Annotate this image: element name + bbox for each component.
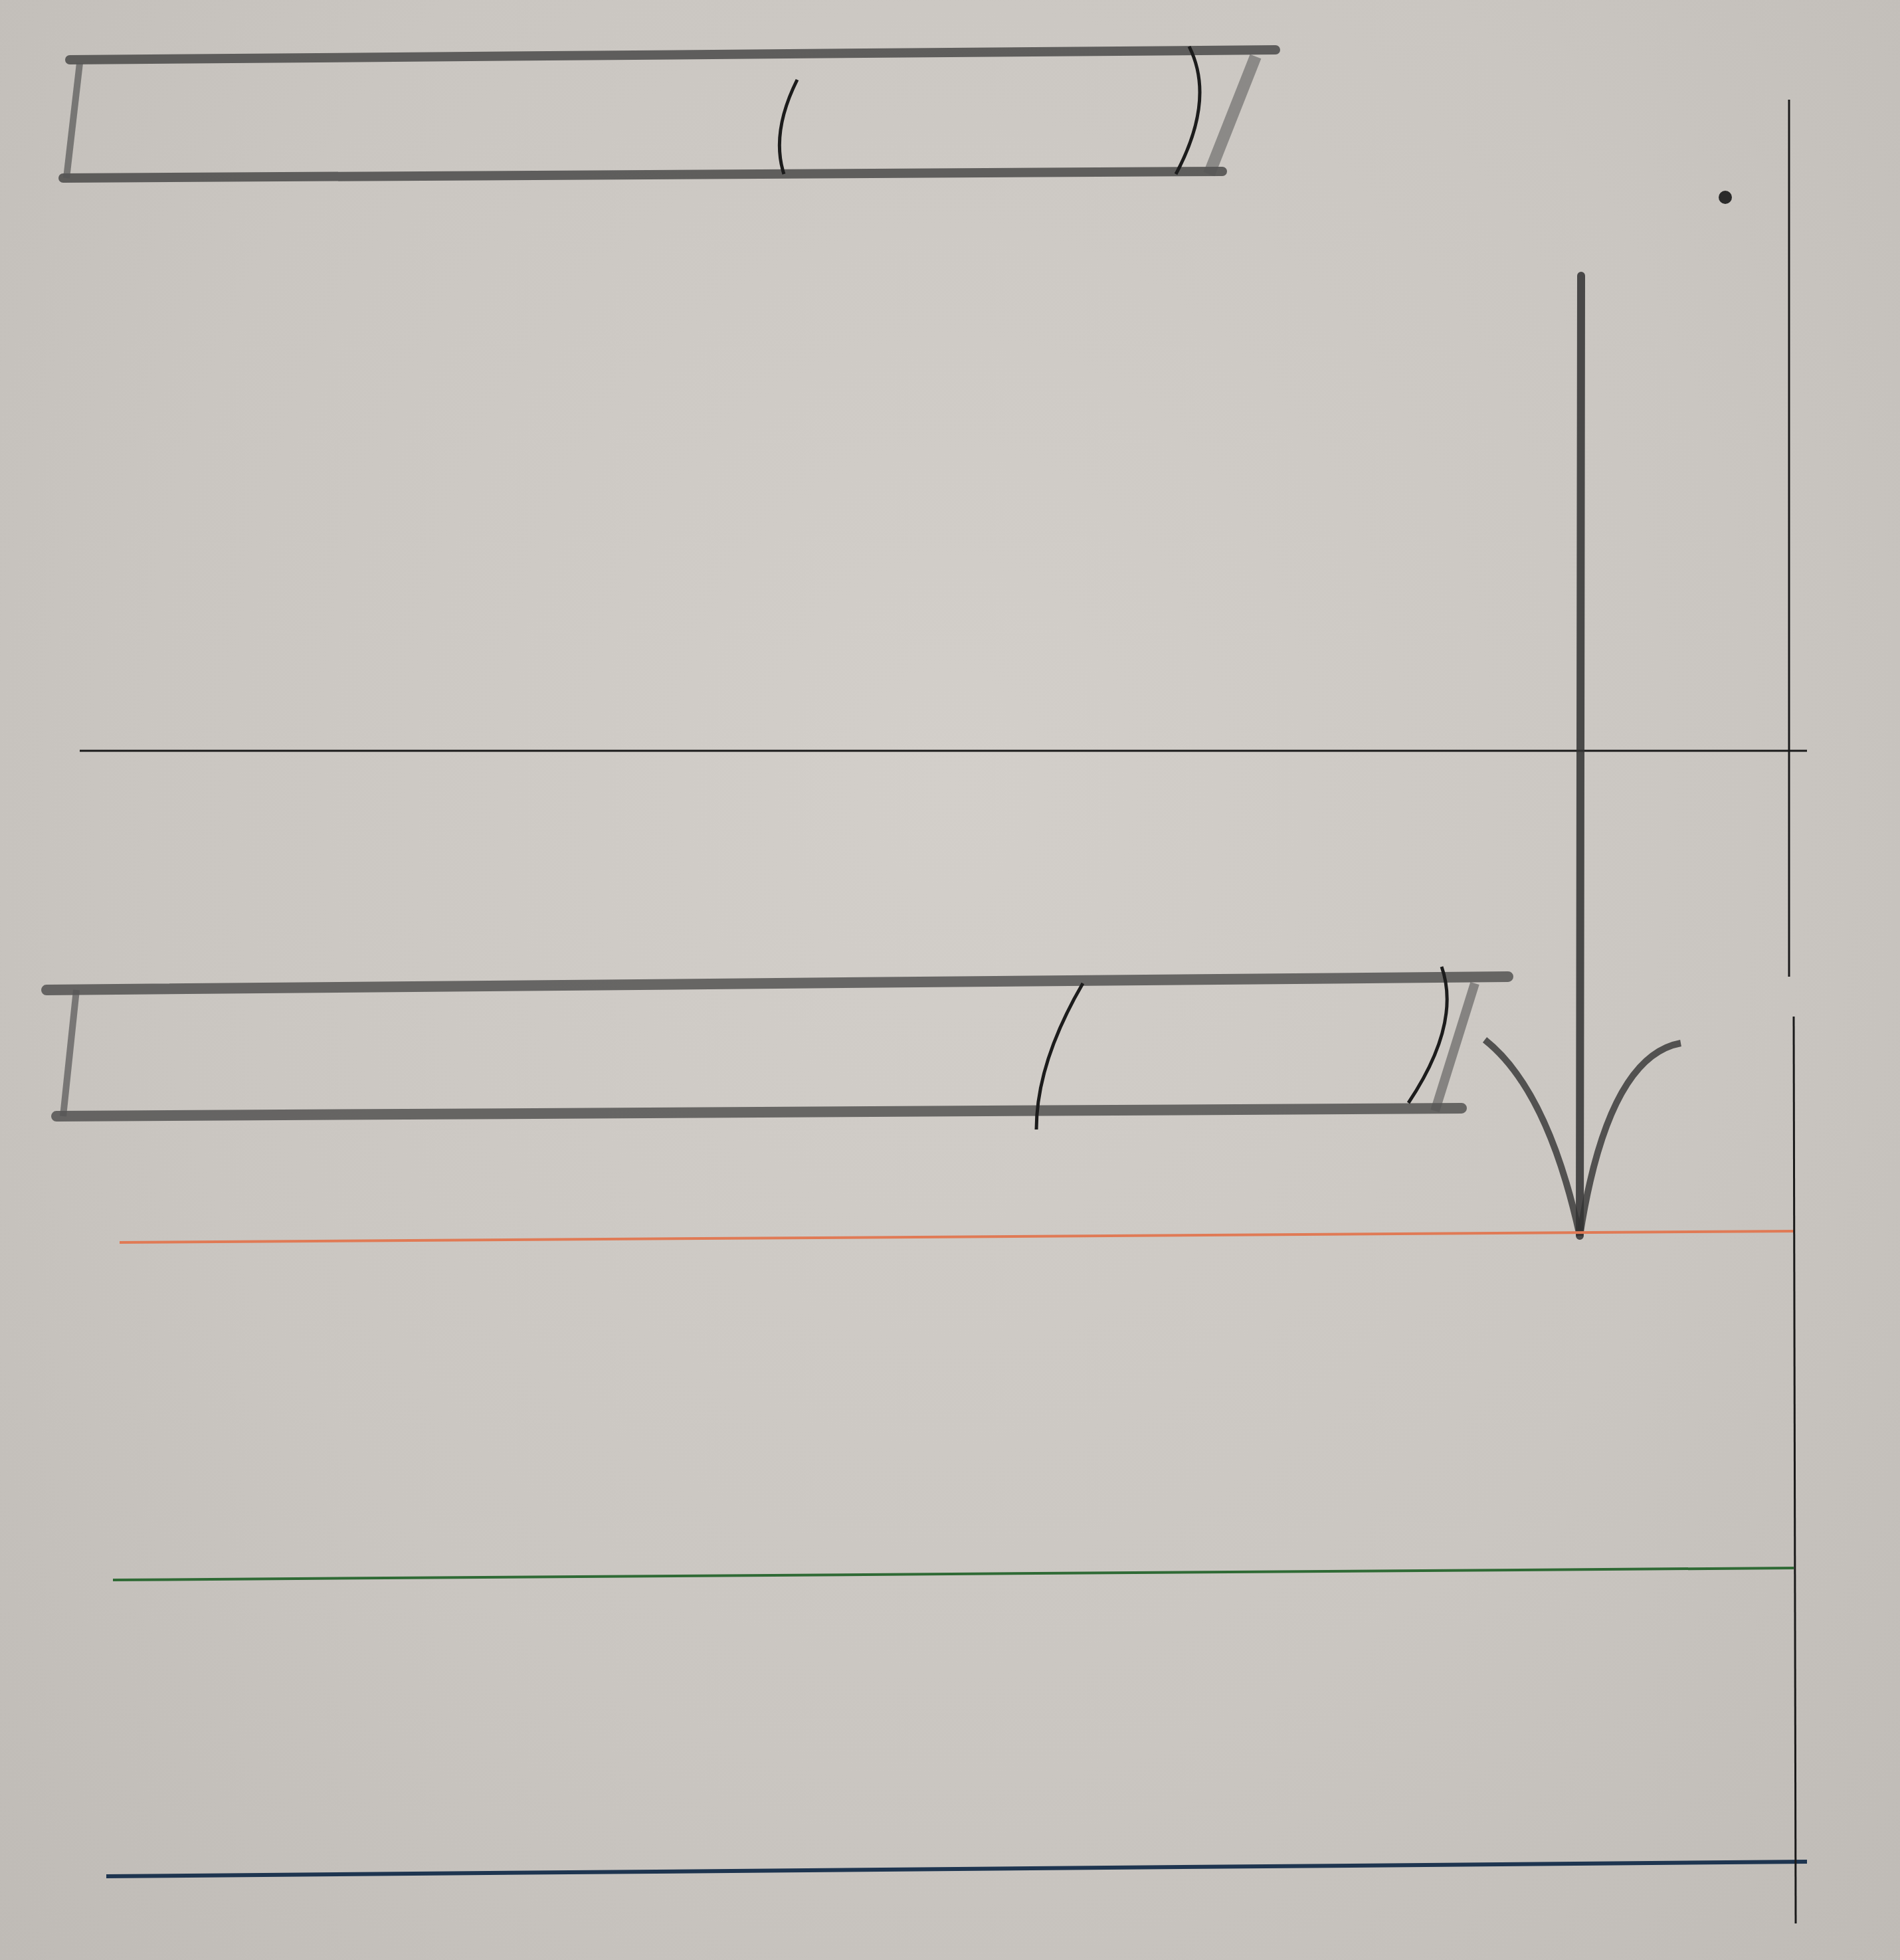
- chart-canvas: [0, 0, 1900, 1960]
- top-title-box: [63, 50, 1276, 178]
- pencil-arrow-down: [1485, 276, 1681, 1236]
- bottom-y-axis: [1794, 1017, 1796, 1923]
- top-title-close-bracket: [1176, 47, 1200, 174]
- top-title-open-bracket: [779, 80, 797, 174]
- ref-line-435: [120, 1231, 1794, 1242]
- bottom-title-box: [47, 977, 1508, 1116]
- ref-line-275-x-axis: [106, 1862, 1807, 1876]
- bottom-panel: [47, 967, 1807, 1923]
- top-panel: [63, 47, 1807, 1236]
- ref-line-350: [113, 1568, 1794, 1580]
- exclamation-dot: [1719, 191, 1732, 204]
